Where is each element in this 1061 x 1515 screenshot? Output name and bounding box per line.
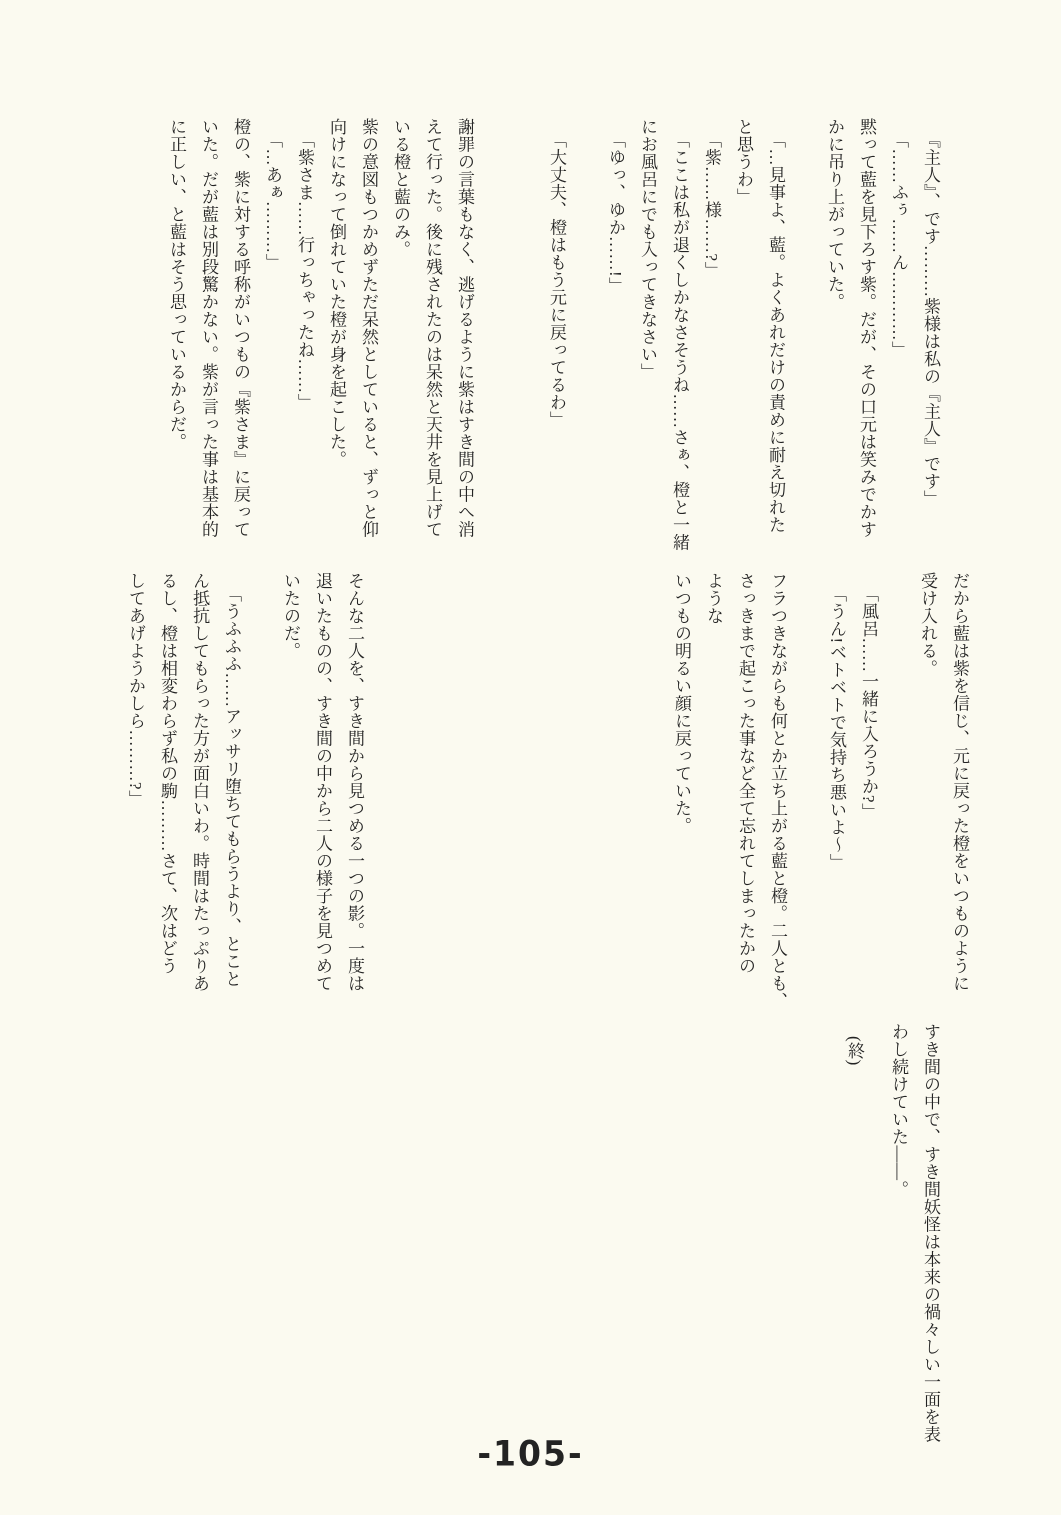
- text-column: 「うん!ベトベトで気持ち悪いよ〜」: [828, 572, 845, 1047]
- text-column: ん抵抗してもらった方が面白いわ。時間はたっぷりあ: [191, 572, 208, 1047]
- text-column: いたのだ。: [282, 572, 299, 1047]
- text-tier-middle: だから藍は紫を信じ、元に戻った橙をいつものように受け入れる。「風呂……一緒に入ろ…: [127, 572, 968, 1047]
- text-column: フラつきながらも何とか立ち上がる藍と橙。二人とも、: [769, 572, 786, 1047]
- text-column: えて行った。後に残されたのは呆然と天井を見上げて: [424, 118, 441, 588]
- text-column: すき間の中で、すき間妖怪は本来の禍々しい一面を表: [922, 1023, 939, 1483]
- text-column: 向けになって倒れていた橙が身を起こした。: [328, 118, 345, 588]
- text-column: 「紫……様……?」: [703, 118, 720, 588]
- text-column: 黙って藍を見下ろす紫。だが、その口元は笑みでかす: [858, 118, 875, 588]
- text-column: わし続けていた――。: [890, 1023, 907, 1483]
- text-column: 退いたものの、すき間の中から二人の様子を見つめて: [314, 572, 331, 1047]
- text-column: るし、橙は相変わらず私の駒………さて、次はどう: [159, 572, 176, 1047]
- text-column: さっきまで起こった事など全て忘れてしまったかの: [737, 572, 754, 1047]
- text-tier-top: 『主人』、です………紫様は私の『主人』です」「……ふぅ……ん…………」黙って藍を…: [168, 118, 939, 588]
- page-number: -105-: [0, 1433, 1061, 1474]
- text-column: 『主人』、です………紫様は私の『主人』です」: [922, 118, 939, 588]
- text-column: ような: [705, 572, 722, 1047]
- text-column: 「ここは私が退くしかなさそうね……さぁ、橙と一緒: [671, 118, 688, 588]
- text-column: にお風呂にでも入ってきなさい」: [639, 118, 656, 588]
- text-column: いた。だが藍は別段驚かない。紫が言った事は基本的: [200, 118, 217, 588]
- text-column: 「……ふぅ……ん…………」: [890, 118, 907, 588]
- text-column: いる橙と藍のみ。: [392, 118, 409, 588]
- text-column: 「…見事よ、藍。よくあれだけの責めに耐え切れた: [767, 118, 784, 588]
- text-column: 紫の意図もつかめずただ呆然としていると、ずっと仰: [360, 118, 377, 588]
- text-column: (終): [846, 1023, 863, 1483]
- text-column: 橙の、紫に対する呼称がいつもの『紫さま』に戻って: [232, 118, 249, 588]
- text-column: に正しい、と藍はそう思っているからだ。: [168, 118, 185, 588]
- text-column: そんな二人を、すき間から見つめる一つの影。一度は: [346, 572, 363, 1047]
- text-column: 「大丈夫、橙はもう元に戻ってるわ」: [548, 118, 565, 588]
- text-column: してあげようかしら………?」: [127, 572, 144, 1047]
- text-column: 「ゆっ、ゆか……!」: [607, 118, 624, 588]
- text-column: 謝罪の言葉もなく、逃げるように紫はすき間の中へ消: [456, 118, 473, 588]
- text-column: 「紫さま……行っちゃったね……」: [296, 118, 313, 588]
- text-column: かに吊り上がっていた。: [826, 118, 843, 588]
- text-column: 「うふふふ……アッサリ堕ちてもらうより、とこと: [223, 572, 240, 1047]
- novel-page: 『主人』、です………紫様は私の『主人』です」「……ふぅ……ん…………」黙って藍を…: [0, 0, 1061, 1515]
- text-column: いつもの明るい顔に戻っていた。: [673, 572, 690, 1047]
- text-column: 「風呂……一緒に入ろうか?」: [860, 572, 877, 1047]
- text-column: 受け入れる。: [919, 572, 936, 1047]
- text-column: だから藍は紫を信じ、元に戻った橙をいつものように: [951, 572, 968, 1047]
- text-tier-bottom: すき間の中で、すき間妖怪は本来の禍々しい一面を表わし続けていた――。(終): [846, 1023, 939, 1483]
- text-column: 「…あぁ………」: [264, 118, 281, 588]
- text-column: と思うわ」: [735, 118, 752, 588]
